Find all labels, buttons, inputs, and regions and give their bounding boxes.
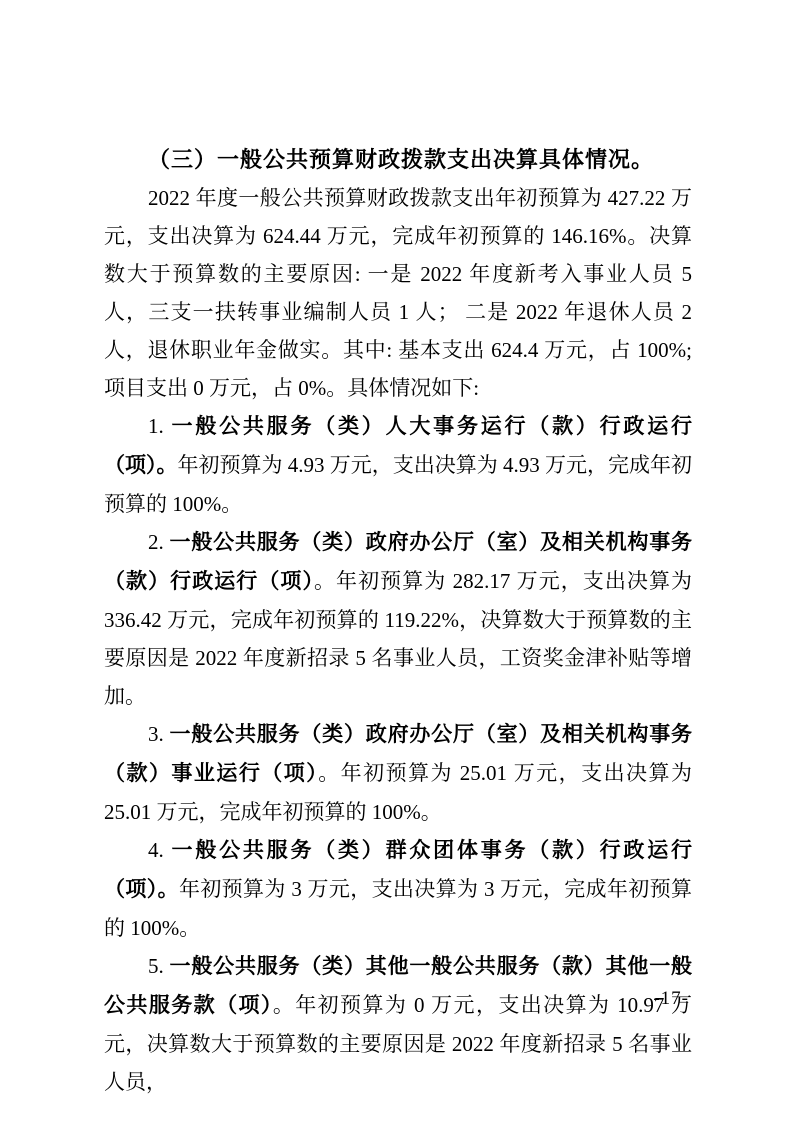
item-body: 年初预算为 4.93 万元，支出决算为 4.93 万元，完成年初预算的 100%… [104, 453, 692, 516]
section-heading: （三）一般公共预算财政拨款支出决算具体情况。 [104, 141, 692, 179]
budget-item-2: 2.一般公共服务（类）政府办公厅（室）及相关机构事务（款）行政运行（项）。年初预… [104, 523, 692, 715]
item-number: 5. [148, 954, 164, 978]
item-number: 3. [148, 722, 164, 746]
item-body: 年初预算为 3 万元，支出决算为 3 万元，完成年初预算的 100%。 [104, 877, 692, 940]
budget-item-5: 5.一般公共服务（类）其他一般公共服务（款）其他一般公共服务款（项）。年初预算为… [104, 947, 692, 1101]
item-number: 4. [148, 838, 164, 862]
item-number: 1. [148, 414, 164, 438]
budget-item-3: 3.一般公共服务（类）政府办公厅（室）及相关机构事务（款）事业运行（项）。年初预… [104, 715, 692, 831]
document-content: （三）一般公共预算财政拨款支出决算具体情况。 2022 年度一般公共预算财政拨款… [104, 141, 692, 1101]
intro-paragraph: 2022 年度一般公共预算财政拨款支出年初预算为 427.22 万元，支出决算为… [104, 179, 692, 407]
budget-item-1: 1.一般公共服务（类）人大事务运行（款）行政运行（项）。年初预算为 4.93 万… [104, 407, 692, 523]
document-page: （三）一般公共预算财政拨款支出决算具体情况。 2022 年度一般公共预算财政拨款… [0, 0, 793, 1122]
page-number: -17- [653, 988, 689, 1010]
budget-item-4: 4.一般公共服务（类）群众团体事务（款）行政运行（项）。年初预算为 3 万元，支… [104, 831, 692, 947]
item-number: 2. [148, 530, 164, 554]
